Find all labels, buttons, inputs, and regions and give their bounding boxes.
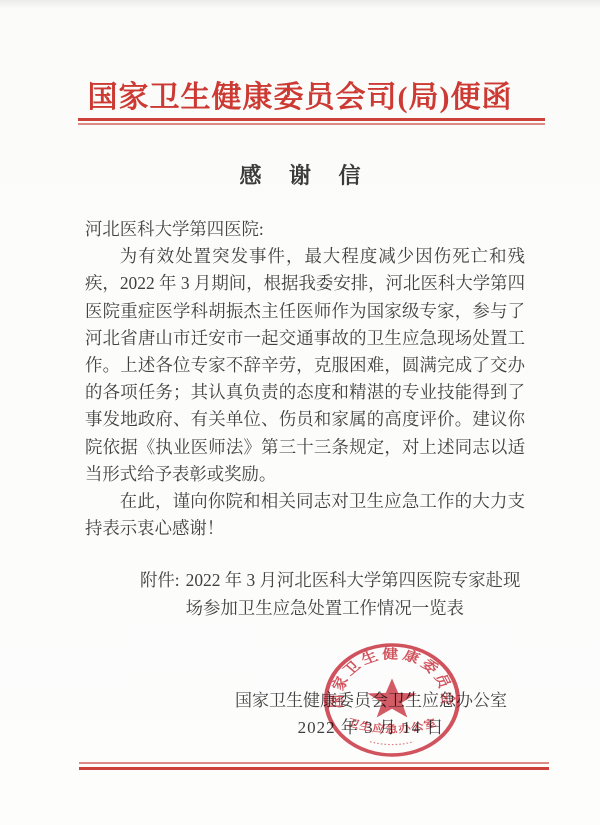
- attachment-note: 附件: 2022 年 3 月河北医科大学第四医院专家赴现场参加卫生应急处置工作情…: [85, 567, 525, 621]
- paragraph-1: 为有效处置突发事件，最大程度减少因伤死亡和残疾，2022 年 3 月期间，根据我…: [85, 243, 525, 488]
- paragraph-2: 在此，谨向你院和相关同志对卫生应急工作的大力支持表示衷心感谢！: [85, 488, 525, 542]
- letterhead-title: 国家卫生健康委员会司(局)便函: [0, 72, 600, 116]
- scanned-letter-page: 国家卫生健康委员会司(局)便函 感 谢 信 河北医科大学第四医院: 为有效处置突…: [0, 0, 600, 825]
- header-rule-thin: [78, 123, 545, 125]
- footer-double-rule: [79, 762, 549, 770]
- header-rule-thick: [78, 118, 545, 121]
- seal-microtext-mark: [370, 742, 414, 745]
- letter-title: 感 谢 信: [0, 159, 600, 190]
- attachment-label: 附件:: [140, 567, 180, 621]
- seal-bottom-text: 卫生应急办公室: [345, 716, 439, 735]
- footer-rule-thin: [79, 762, 549, 764]
- official-seal: 国家卫生健康委员会 卫生应急办公室: [320, 640, 464, 760]
- attachment-text: 2022 年 3 月河北医科大学第四医院专家赴现场参加卫生应急处置工作情况一览表: [186, 567, 522, 621]
- salutation: 河北医科大学第四医院:: [85, 216, 525, 243]
- header-double-rule: [78, 118, 545, 125]
- footer-rule-thick: [79, 767, 549, 770]
- letter-body: 河北医科大学第四医院: 为有效处置突发事件，最大程度减少因伤死亡和残疾，2022…: [85, 216, 525, 622]
- seal-star-icon: [367, 678, 416, 717]
- svg-text:卫生应急办公室: 卫生应急办公室: [345, 716, 439, 735]
